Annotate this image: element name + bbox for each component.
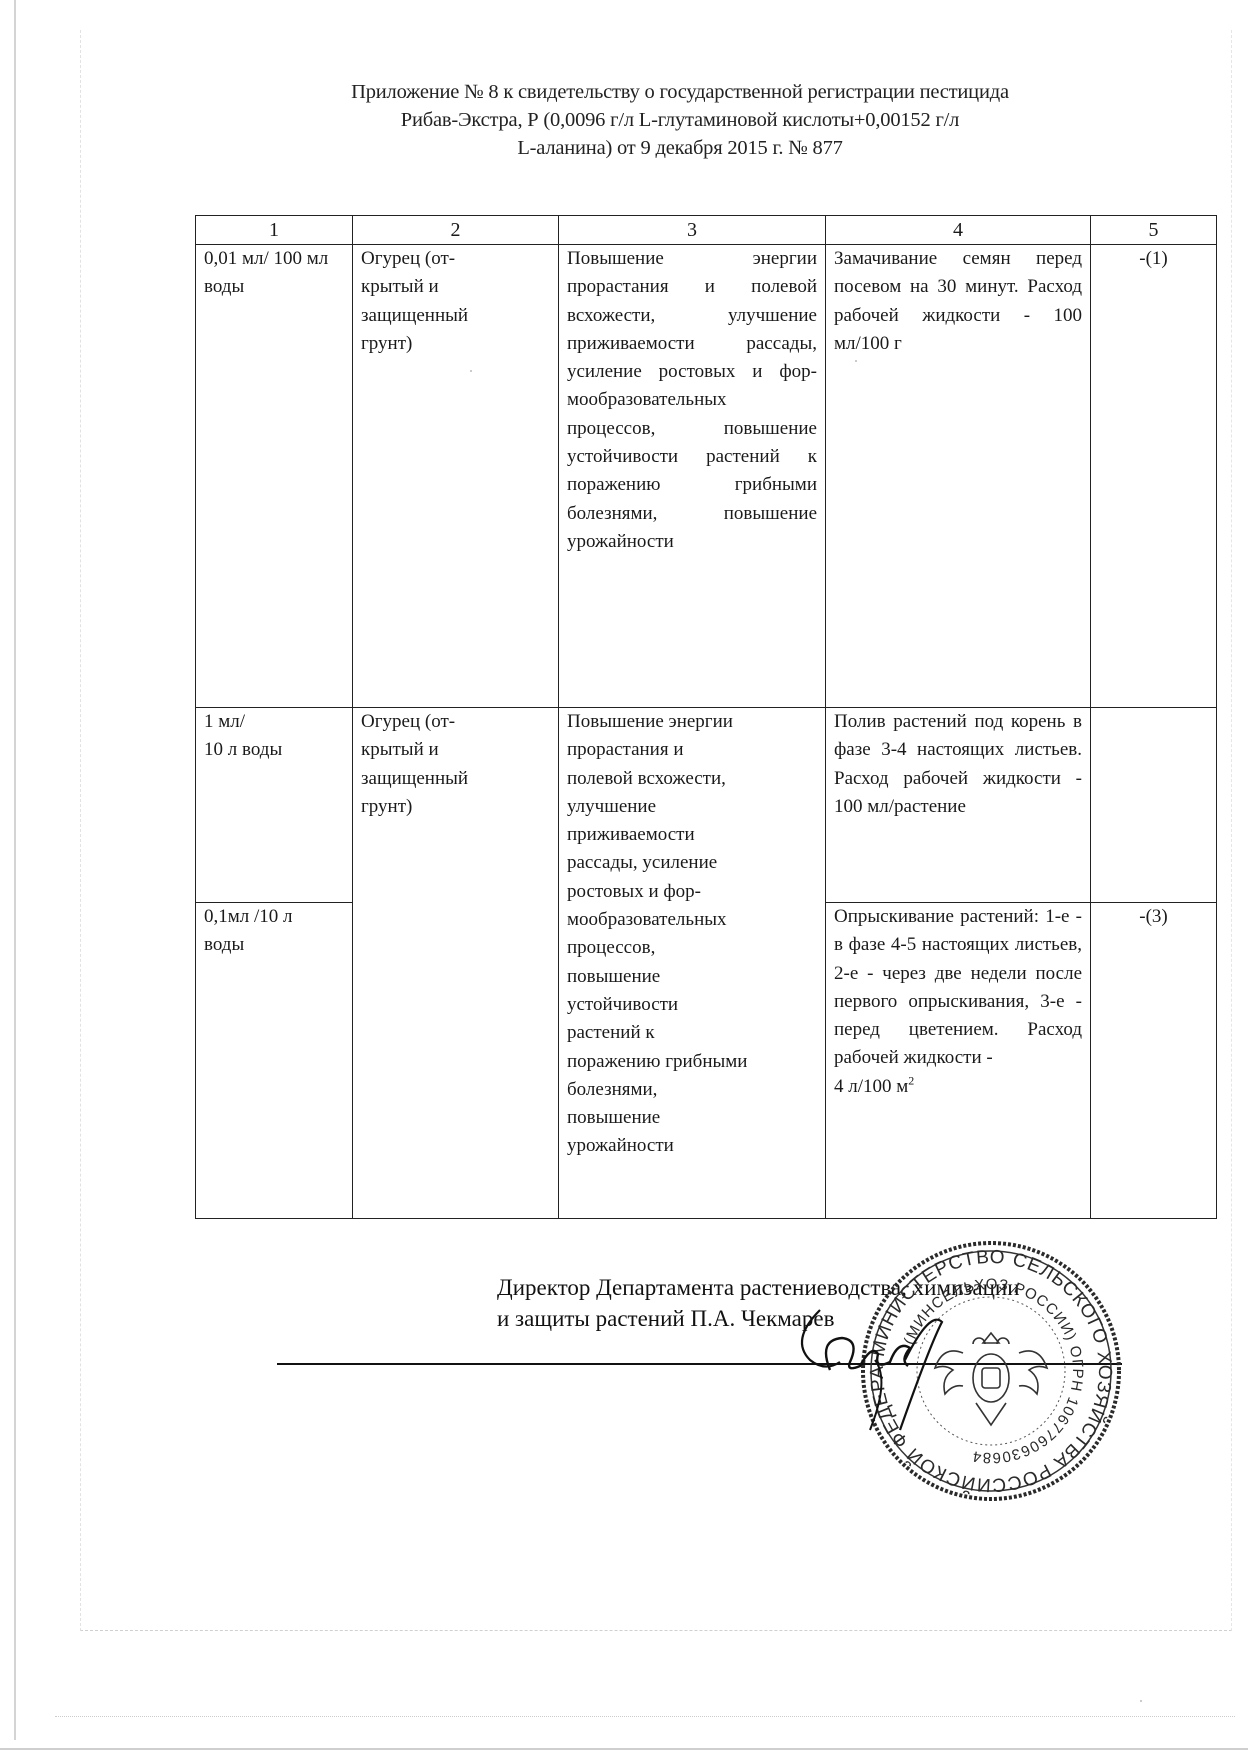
waiting-period-cell: -(1) xyxy=(1091,245,1217,708)
crop-text: Огурец (от- крытый и защищенный грунт) xyxy=(361,711,468,817)
rate-text: 1 мл/ 10 л воды xyxy=(204,711,282,760)
column-header: 5 xyxy=(1091,216,1217,245)
crop-text: Огурец (от- крытый и защищенный грунт) xyxy=(361,248,468,354)
purpose-text: Повышение энергии прорастания и полевой … xyxy=(567,711,747,1156)
waiting-period-text: -(3) xyxy=(1139,906,1167,927)
rate-text: 0,01 мл/ 100 мл воды xyxy=(204,248,328,297)
method-cell: Опрыскивание растений: 1-е - в фазе 4-5 … xyxy=(826,903,1091,1219)
header-line-1: Приложение № 8 к свидетельству о государ… xyxy=(240,78,1120,106)
column-header: 2 xyxy=(353,216,559,245)
method-text: Полив растений под корень в фазе 3-4 нас… xyxy=(834,711,1082,817)
registration-table: 1 2 3 4 5 0,01 мл/ 100 мл воды Огурец (о… xyxy=(195,215,1217,1219)
method-rate-text: 4 л/100 м xyxy=(834,1076,908,1097)
column-header: 1 xyxy=(196,216,353,245)
document-header: Приложение № 8 к свидетельству о государ… xyxy=(240,78,1120,162)
scan-edge-bottom xyxy=(0,1748,1248,1750)
purpose-text: Повышение энергии прорастания и полевой … xyxy=(567,248,817,552)
crop-cell: Огурец (от- крытый и защищенный грунт) xyxy=(353,708,559,1219)
crop-cell: Огурец (от- крытый и защищенный грунт) xyxy=(353,245,559,708)
waiting-period-cell xyxy=(1091,708,1217,903)
handwritten-signature-icon xyxy=(780,1300,960,1440)
header-line-3: L-аланина) от 9 декабря 2015 г. № 877 xyxy=(240,134,1120,162)
purpose-cell: Повышение энергии прорастания и полевой … xyxy=(559,245,826,708)
rate-cell: 0,01 мл/ 100 мл воды xyxy=(196,245,353,708)
superscript: 2 xyxy=(908,1073,914,1087)
method-text: Опрыскивание растений: 1-е - в фазе 4-5 … xyxy=(834,906,1082,1068)
scan-edge-dotted xyxy=(55,1716,1235,1718)
header-line-2: Рибав-Экстра, Р (0,0096 г/л L-глутаминов… xyxy=(240,106,1120,134)
waiting-period-cell: -(3) xyxy=(1091,903,1217,1219)
scan-edge-left xyxy=(14,0,16,1740)
rate-cell: 0,1мл /10 л воды xyxy=(196,903,353,1219)
purpose-cell: Повышение энергии прорастания и полевой … xyxy=(559,708,826,1219)
scan-artifact xyxy=(855,360,857,362)
rate-text: 0,1мл /10 л воды xyxy=(204,906,293,955)
scan-artifact xyxy=(470,370,472,372)
scan-artifact xyxy=(1140,1700,1142,1702)
method-cell: Замачивание семян перед посевом на 30 ми… xyxy=(826,245,1091,708)
table-row: 1 мл/ 10 л воды Огурец (от- крытый и защ… xyxy=(196,708,1217,903)
column-header: 3 xyxy=(559,216,826,245)
column-header: 4 xyxy=(826,216,1091,245)
waiting-period-text: -(1) xyxy=(1139,248,1167,269)
table-row: 0,01 мл/ 100 мл воды Огурец (от- крытый … xyxy=(196,245,1217,708)
table-header-row: 1 2 3 4 5 xyxy=(196,216,1217,245)
method-cell: Полив растений под корень в фазе 3-4 нас… xyxy=(826,708,1091,903)
rate-cell: 1 мл/ 10 л воды xyxy=(196,708,353,903)
method-text: Замачивание семян перед посевом на 30 ми… xyxy=(834,248,1082,354)
